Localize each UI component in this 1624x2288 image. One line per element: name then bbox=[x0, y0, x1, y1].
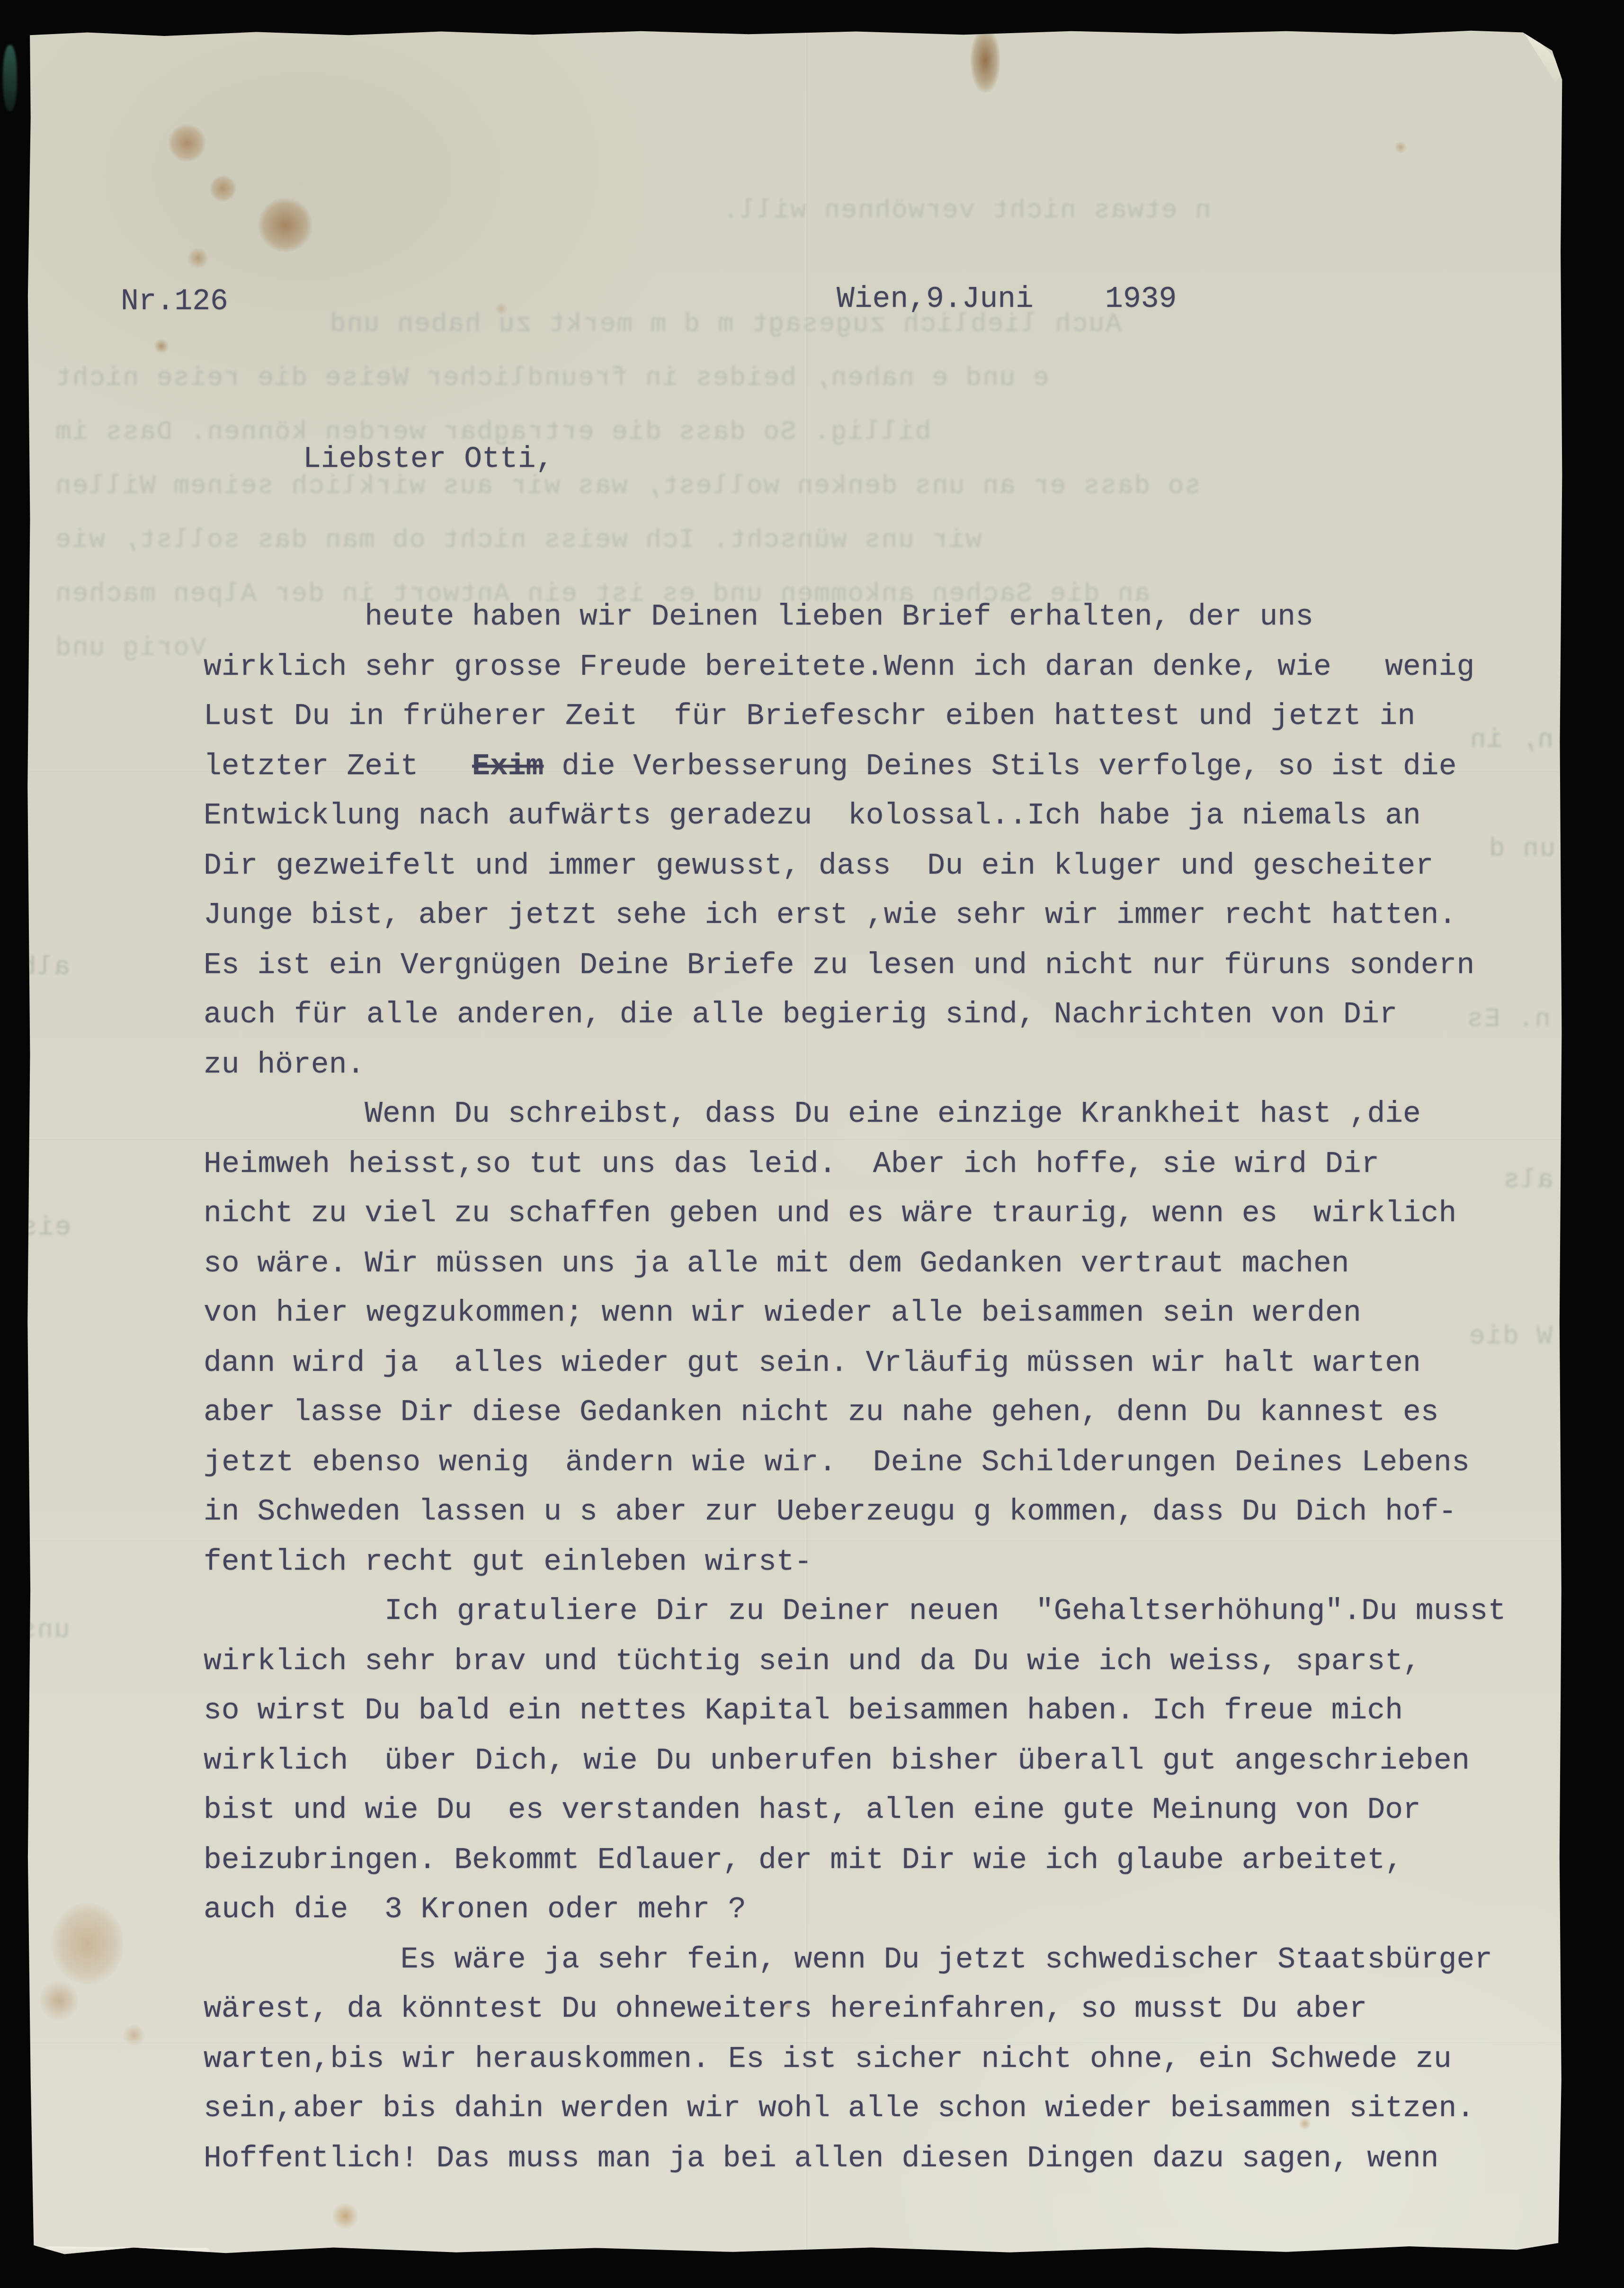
letter-body: heute haben wir Deinen lieben Brief erha… bbox=[204, 592, 1506, 2183]
letter-line: dann wird ja alles wieder gut sein. Vrlä… bbox=[204, 1338, 1506, 1388]
letter-line: letzter Zeit Exim die Verbesserung Deine… bbox=[204, 742, 1506, 791]
bleed-through-line: eis bbox=[20, 1212, 71, 1242]
letter-number: Nr.126 bbox=[121, 286, 228, 316]
letter-line: wärest, da könntest Du ohneweiters herei… bbox=[204, 1984, 1506, 2034]
letter-line: nicht zu viel zu schaffen geben und es w… bbox=[204, 1189, 1506, 1238]
bleed-through-line: Vorig und bbox=[54, 633, 206, 663]
letter-line: so wäre. Wir müssen uns ja alle mit dem … bbox=[204, 1239, 1506, 1288]
letter-line: Heimweh heisst,so tut uns das leid. Aber… bbox=[204, 1139, 1506, 1189]
letter-line: Junge bist, aber jetzt sehe ich erst ,wi… bbox=[204, 890, 1506, 940]
bleed-through-line: so dass er an uns denken wollest, was wi… bbox=[54, 471, 1201, 501]
bleed-through-line: n etwas nicht verwöhnen will. bbox=[722, 195, 1211, 225]
letter-line: in Schweden lassen u s aber zur Ueberzeu… bbox=[204, 1487, 1506, 1537]
letter-line: sein,aber bis dahin werden wir wohl alle… bbox=[204, 2083, 1506, 2133]
letter-line: Lust Du in früherer Zeit für Briefeschr … bbox=[204, 691, 1506, 741]
bleed-through-line: wir uns wünscht. Ich weiss nicht ob man … bbox=[54, 525, 982, 555]
letter-line: wirklich über Dich, wie Du unberufen bis… bbox=[204, 1736, 1506, 1786]
letter-line: wirklich sehr brav und tüchtig sein und … bbox=[204, 1636, 1506, 1686]
bleed-through-line: alb bbox=[19, 952, 70, 982]
letter-line: von hier wegzukommen; wenn wir wieder al… bbox=[204, 1288, 1506, 1338]
struck-word: Exim bbox=[472, 750, 544, 783]
bleed-through-line: als bbox=[1503, 1165, 1553, 1195]
letter-line: fentlich recht gut einleben wirst- bbox=[204, 1537, 1506, 1587]
letter-line: Es wäre ja sehr fein, wenn Du jetzt schw… bbox=[204, 1935, 1506, 1984]
letter-line: Ich gratuliere Dir zu Deiner neuen "Geha… bbox=[204, 1586, 1506, 1636]
letter-line: Es ist ein Vergnügen Deine Briefe zu les… bbox=[204, 940, 1506, 990]
letter-line: beizubringen. Bekommt Edlauer, der mit D… bbox=[204, 1835, 1506, 1885]
letter-line: auch für alle anderen, die alle begierig… bbox=[204, 990, 1506, 1039]
letter-line: auch die 3 Kronen oder mehr ? bbox=[204, 1885, 1506, 1934]
torn-edge bbox=[44, 2246, 210, 2256]
letter-line: warten,bis wir herauskommen. Es ist sich… bbox=[204, 2034, 1506, 2084]
bleed-through-line: e und e nahen, beides in freundlicher We… bbox=[54, 363, 1049, 393]
letter-page: n etwas nicht verwöhnen will.Auch liebli… bbox=[26, 28, 1563, 2259]
letter-line: zu hören. bbox=[204, 1040, 1506, 1090]
letter-line: heute haben wir Deinen lieben Brief erha… bbox=[204, 592, 1506, 642]
letter-line: bist und wie Du es verstanden hast, alle… bbox=[204, 1785, 1506, 1835]
scanner-edge-mark bbox=[3, 45, 17, 111]
letter-line: jetzt ebenso wenig ändern wie wir. Deine… bbox=[204, 1438, 1506, 1487]
letter-line: Hoffentlich! Das muss man ja bei allen d… bbox=[204, 2134, 1506, 2183]
letter-line: Wenn Du schreibst, dass Du eine einzige … bbox=[204, 1089, 1506, 1139]
letter-line: Entwicklung nach aufwärts geradezu kolos… bbox=[204, 791, 1506, 840]
salutation: Liebster Otti, bbox=[303, 444, 553, 474]
scan-background: n etwas nicht verwöhnen will.Auch liebli… bbox=[0, 0, 1624, 2288]
dateline: Wien,9.Juni 1939 bbox=[837, 284, 1177, 314]
letter-line: aber lasse Dir diese Gedanken nicht zu n… bbox=[204, 1387, 1506, 1437]
letter-line: Dir gezweifelt und immer gewusst, dass D… bbox=[204, 841, 1506, 891]
bleed-through-line: uns bbox=[19, 1615, 70, 1645]
letter-line: so wirst Du bald ein nettes Kapital beis… bbox=[204, 1686, 1506, 1735]
letter-line: wirklich sehr grosse Freude bereitete.We… bbox=[204, 642, 1506, 692]
